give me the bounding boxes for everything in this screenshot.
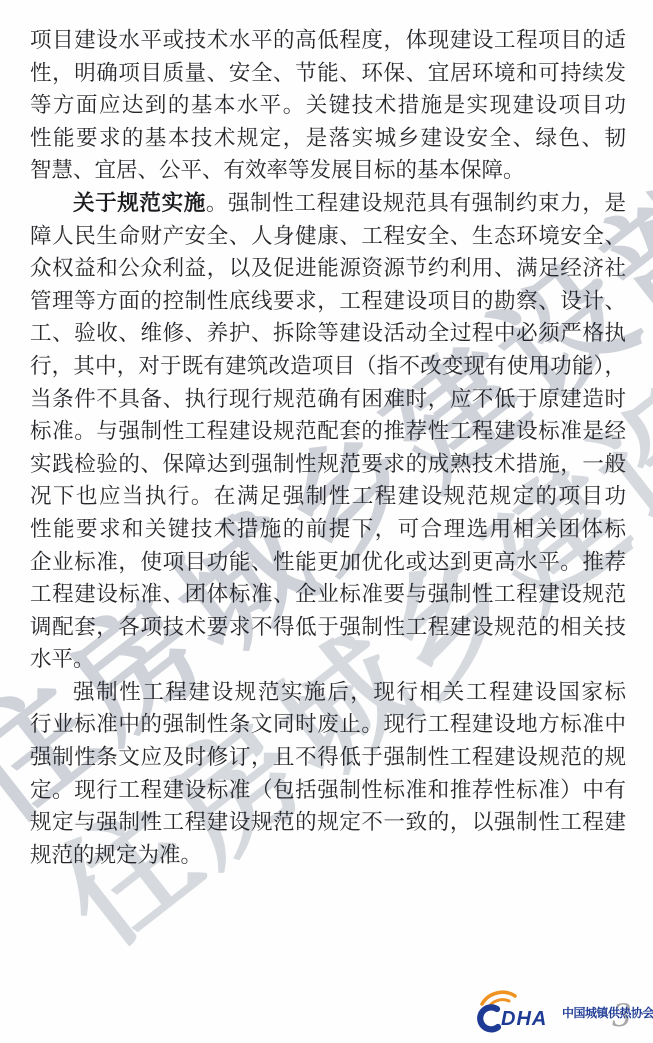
text-line: 调配套，各项技术要求不得低于强制性工程建设规范的相关技术 [30,611,626,644]
text-line: 等方面应达到的基本水平。关键技术措施是实现建设项目功能、 [30,89,626,122]
text-line: 规定与强制性工程建设规范的规定不一致的，以强制性工程建设 [30,806,626,839]
text-line: 企业标准，使项目功能、性能更加优化或达到更高水平。推荐性 [30,546,626,579]
association-name: 中国城镇供热协会 [562,1004,653,1021]
text-line: 强制性工程建设规范实施后，现行相关工程建设国家标准、 [30,676,626,709]
text-line: 项目建设水平或技术水平的高低程度，体现建设工程项目的适用 [30,24,626,57]
text-line: 性，明确项目质量、安全、节能、环保、宜居环境和可持续发展 [30,57,626,90]
logo-c-swoosh [480,1007,498,1029]
cdha-logo: DHA 中国城镇供热协会 [472,990,653,1034]
text-line: 关于规范实施。强制性工程建设规范具有强制约束力，是保 [30,187,626,220]
text-line: 管理等方面的控制性底线要求，工程建设项目的勘察、设计、施 [30,285,626,318]
paragraph-lead-bold: 关于规范实施 [73,191,206,215]
text-line: 实践检验的、保障达到强制性规范要求的成熟技术措施，一般情 [30,448,626,481]
logo-arc-outer [482,992,515,1004]
text-line: 众权益和公众利益，以及促进能源资源节约利用、满足经济社会 [30,252,626,285]
text-line: 况下也应当执行。在满足强制性工程建设规范规定的项目功能、 [30,480,626,513]
logo-letters: DHA [501,1008,547,1030]
text-line: 行业标准中的强制性条文同时废止。现行工程建设地方标准中的 [30,708,626,741]
cdha-logo-icon: DHA [472,989,556,1035]
body-text: 项目建设水平或技术水平的高低程度，体现建设工程项目的适用 性，明确项目质量、安全… [30,24,626,871]
text-line: 行，其中，对于既有建筑改造项目（指不改变现有使用功能）， [30,350,626,383]
text-line: 智慧、宜居、公平、有效率等发展目标的基本保障。 [30,154,626,187]
text-line: 水平。 [30,643,626,676]
text-line: 定。现行工程建设标准（包括强制性标准和推荐性标准）中有关 [30,774,626,807]
text-line: 性能要求的基本技术规定，是落实城乡建设安全、绿色、韧性、 [30,122,626,155]
text-line: 强制性条文应及时修订，且不得低于强制性工程建设规范的规 [30,741,626,774]
document-page: 住房城乡建设部信息公开 住房城乡建设部信息公开 项目建设水平或技术水平的高低程度… [0,0,653,1043]
text-line: 障人民生命财产安全、人身健康、工程安全、生态环境安全、公 [30,220,626,253]
text-line: 工、验收、维修、养护、拆除等建设活动全过程中必须严格执 [30,317,626,350]
text-line: 标准。与强制性工程建设规范配套的推荐性工程建设标准是经过 [30,415,626,448]
text-line: 当条件不具备、执行现行规范确有困难时，应不低于原建造时的 [30,383,626,416]
text-line: 工程建设标准、团体标准、企业标准要与强制性工程建设规范协 [30,578,626,611]
text-line: 规范的规定为准。 [30,839,626,872]
text-line: 性能要求和关键技术措施的前提下，可合理选用相关团体标准、 [30,513,626,546]
